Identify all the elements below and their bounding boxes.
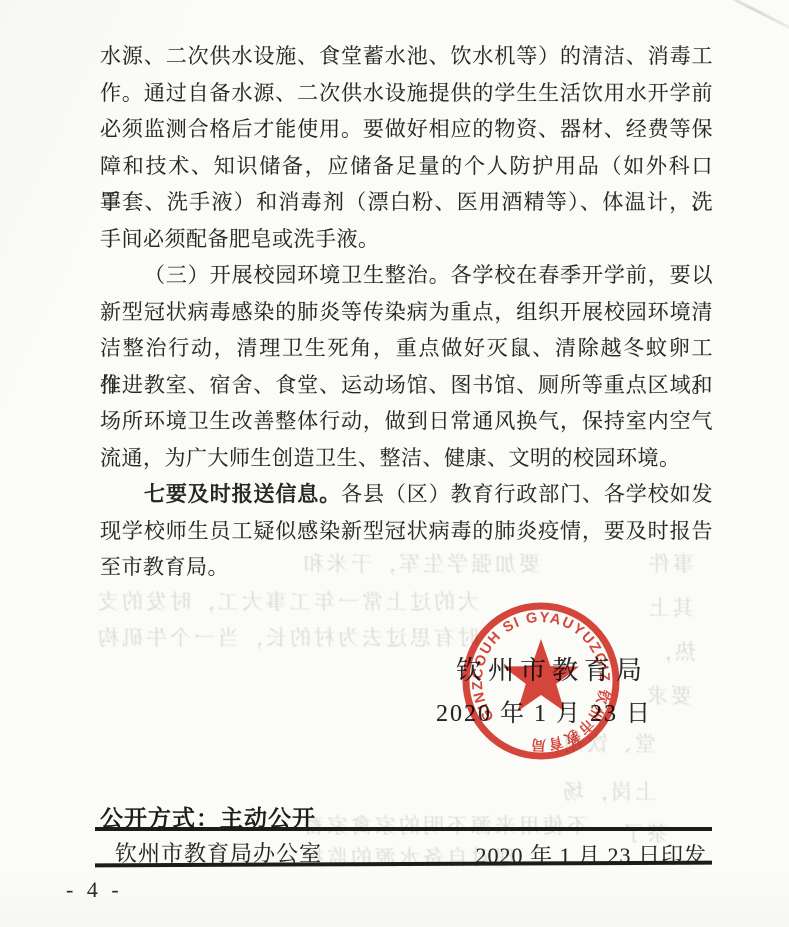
text-segment: （三）开展校园环境卫生整治。各学校在春季开学前，要以 (144, 263, 713, 287)
text-segment: 作。通过自备水源、二次供水设施提供的学生生活饮用水开学前 (100, 81, 713, 105)
text-segment: 至市教育局。 (100, 555, 229, 579)
text-segment: 手间必须配备肥皂或洗手液。 (100, 227, 380, 251)
text-line: 推进教室、宿舍、食堂、运动场馆、图书馆、厕所等重点区域和 (100, 367, 713, 404)
text-line: 手套、洗手液）和消毒剂（漂白粉、医用酒精等）、体温计，洗 (100, 184, 713, 221)
bleedthrough-text: 大的过上常一年工事大工，时发的支 (95, 586, 479, 616)
text-line: 洁整治行动，清理卫生死角，重点做好灭鼠、清除越冬蚊卵工作。 (100, 330, 713, 367)
text-line: 手间必须配备肥皂或洗手液。 (100, 221, 713, 258)
bleedthrough-text: 热， (648, 636, 696, 666)
text-segment: 流通，为广大师生创造卫生、整洁、健康、文明的校园环境。 (100, 446, 681, 470)
official-seal: GINZCOUH SI GYAUYUZGIZ 钦州市教育局 (458, 598, 624, 764)
text-segment: 场所环境卫生改善整体行动，做到日常通风换气，保持室内空气 (100, 409, 713, 433)
bold-text-segment: 七要及时报送信息。 (144, 483, 341, 506)
footer-rule-top (95, 827, 712, 831)
text-segment: 推进教室、宿舍、食堂、运动场馆、图书馆、厕所等重点区域和 (100, 373, 713, 397)
text-line: 至市教育局。 (100, 549, 713, 586)
text-line: 七要及时报送信息。各县（区）教育行政部门、各学校如发 (100, 476, 713, 513)
text-segment: 现学校师生员工疑似感染新型冠状病毒的肺炎疫情，要及时报告 (100, 519, 713, 543)
text-segment: 水源、二次供水设施、食堂蓄水池、饮水机等）的清洁、消毒工 (100, 44, 713, 68)
star-icon (503, 639, 579, 711)
page-number: - 4 - (66, 877, 123, 903)
text-line: 场所环境卫生改善整体行动，做到日常通风换气，保持室内空气 (100, 403, 713, 440)
scan-artifact-line (701, 0, 789, 38)
bleedthrough-text: 上岗，场 (560, 776, 656, 806)
text-line: 流通，为广大师生创造卫生、整洁、健康、文明的校园环境。 (100, 440, 713, 477)
text-line: 水源、二次供水设施、食堂蓄水池、饮水机等）的清洁、消毒工 (100, 38, 713, 75)
text-line: （三）开展校园环境卫生整治。各学校在春季开学前，要以 (100, 257, 713, 294)
bleedthrough-text: 时有思过去为村的长，当一个牛矶构 (95, 622, 479, 652)
seal-graphic: GINZCOUH SI GYAUYUZGIZ 钦州市教育局 (458, 598, 624, 764)
scanned-page: 要加强学生军，干米和大的过上常一年工事大工，时发的支时有思过去为村的长，当一个牛… (0, 0, 789, 927)
text-line: 作。通过自备水源、二次供水设施提供的学生生活饮用水开学前 (100, 75, 713, 112)
text-segment: 手套、洗手液）和消毒剂（漂白粉、医用酒精等）、体温计，洗 (100, 190, 713, 214)
text-line: 障和技术、知识储备，应储备足量的个人防护用品（如外科口罩、 (100, 148, 713, 185)
bleedthrough-text: 不使用来源不明的家禽家畜 (300, 810, 588, 840)
document-body: 水源、二次供水设施、食堂蓄水池、饮水机等）的清洁、消毒工作。通过自备水源、二次供… (100, 38, 713, 586)
text-segment: 新型冠状病毒感染的肺炎等传染病为重点，组织开展校园环境清 (100, 300, 713, 324)
text-segment: 各县（区）教育行政部门、各学校如发 (341, 482, 713, 506)
text-line: 现学校师生员工疑似感染新型冠状病毒的肺炎疫情，要及时报告 (100, 513, 713, 550)
text-line: 新型冠状病毒感染的肺炎等传染病为重点，组织开展校园环境清 (100, 294, 713, 331)
text-segment: 必须监测合格后才能使用。要做好相应的物资、器材、经费等保 (100, 117, 713, 141)
bleedthrough-text: 其上 (646, 592, 694, 622)
print-date: 2020 年 1 月 23 日印发 (475, 839, 707, 870)
text-line: 必须监测合格后才能使用。要做好相应的物资、器材、经费等保 (100, 111, 713, 148)
